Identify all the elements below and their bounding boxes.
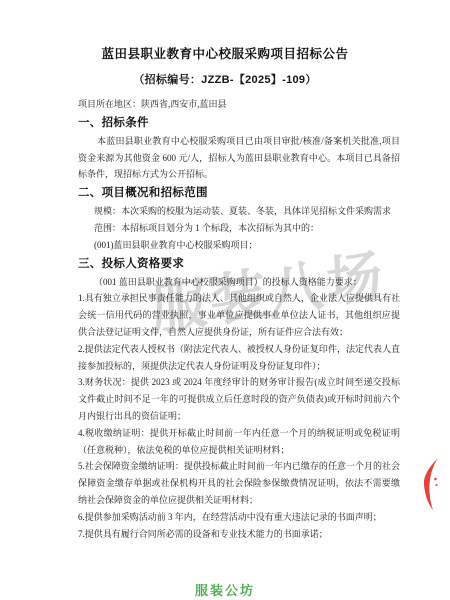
qualification-item-1: 1.具有独立承担民事责任能力的法人、其他组织或自然人，企业法人应提供具有社会统一… — [78, 290, 400, 340]
qualification-item-4: 4.税收缴纳证明：提供开标截止时间前一年内任意一个月的纳税证明或免税证明（任意税… — [78, 425, 400, 459]
document-page: 服装八场 蓝田县职业教育中心校服采购项目招标公告 （招标编号：JZZB-【202… — [0, 0, 450, 600]
document-body: 项目所在地区：陕西省,西安市,蓝田县 一、招标条件 本蓝田县职业教育中心校服采购… — [78, 96, 400, 542]
qualification-item-7: 7.提供具有履行合同所必需的设备和专业技术能力的书面承诺； — [78, 526, 400, 543]
section-3-heading: 三、投标人资格要求 — [78, 256, 400, 273]
qualification-item-3: 3.财务状况：提供 2023 或 2024 年度经审计的财务审计报告(成立时间至… — [78, 374, 400, 424]
lot-line: (001)蓝田县职业教育中心校服采购项目； — [78, 237, 400, 254]
qualification-item-2: 2.提供法定代表人授权书（附法定代表人、被授权人身份证复印件，法定代表人直接参加… — [78, 341, 400, 375]
document-header: 蓝田县职业教育中心校服采购项目招标公告 （招标编号：JZZB-【2025】-10… — [0, 44, 450, 87]
qualification-item-6: 6.提供参加采购活动前 3 年内，在经营活动中没有重大违法记录的书面声明； — [78, 509, 400, 526]
scale-line: 规模：本次采购的校服为运动装、夏装、冬装，具体详见招标文件采购需求 — [78, 203, 400, 220]
qualification-intro: （001 蓝田县职业教育中心校服采购项目）的投标人资格能力要求： — [78, 274, 400, 291]
tender-number: （招标编号：JZZB-【2025】-109） — [0, 71, 450, 87]
red-seal-edge-icon — [420, 456, 442, 512]
bottom-watermark: 服装公坊 — [0, 580, 450, 599]
section-1-paragraph: 本蓝田县职业教育中心校服采购项目已由项目审批/核准/备案机关批准,项目资金来源为… — [78, 133, 400, 183]
qualification-item-5: 5.社会保障资金缴纳证明：提供投标截止时间前一年内已缴存的任意一个月的社会保障资… — [78, 458, 400, 508]
section-2-heading: 二、项目概况和招标范围 — [78, 185, 400, 202]
document-title: 蓝田县职业教育中心校服采购项目招标公告 — [0, 44, 450, 62]
scope-line: 范围：本招标项目划分为 1 个标段，本次招标为其中的： — [78, 220, 400, 237]
section-1-heading: 一、招标条件 — [78, 115, 400, 132]
project-location-line: 项目所在地区：陕西省,西安市,蓝田县 — [78, 96, 400, 113]
